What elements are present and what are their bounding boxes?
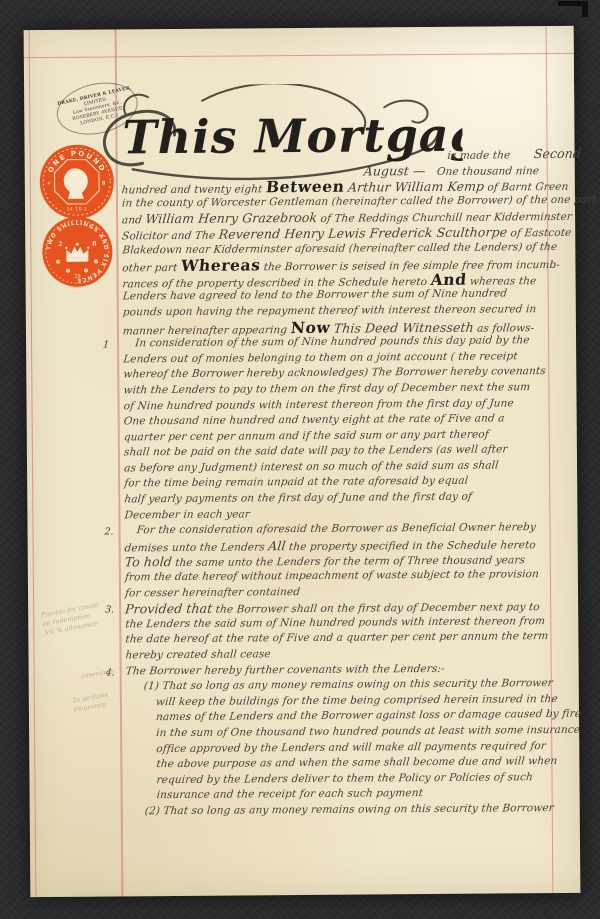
stamp-bottom-code: 28 [74, 274, 80, 280]
stamp-left-digit: 2 [58, 241, 62, 248]
pencil-margin-note: Proviso for cesseron redemption5¼ % allo… [40, 601, 103, 638]
document-line: August — One thousand nine [363, 162, 549, 179]
ruled-line-top [24, 53, 574, 58]
rosette-icon: ✽ [93, 259, 98, 266]
clause-number: 3. [104, 603, 115, 619]
stamp-right-digit: 8 [92, 241, 96, 248]
stamp-left-mark: ✦ [47, 181, 51, 187]
pencil-margin-note: To performinsurance [72, 691, 111, 715]
revenue-stamp-half-crown: TWO SHILLINGS AND SIX PENCE 2 8 28 ✽ ✽ ✽… [41, 215, 114, 288]
ruled-line-left-outer [29, 30, 37, 897]
clause-number: 2. [104, 525, 115, 541]
rosette-icon: ✽ [65, 268, 70, 275]
scan-background: { "page": { "background_color": "#2d2c2e… [0, 0, 600, 919]
document-line: (2) That so long as any money remains ow… [144, 801, 554, 820]
mortgage-deed-page: DRAKE, DRIVER & LEAVER,LIMITED.Law Stati… [24, 26, 581, 897]
stamp-die-code: 14 10 2 [67, 206, 88, 212]
document-text: is made the Second day ofAugust — One th… [122, 146, 553, 820]
rosette-icon: ✽ [83, 268, 88, 275]
document-line: is made the Second day of [447, 146, 549, 162]
rosette-icon: ✽ [55, 259, 60, 266]
photo-corner-mark [558, 1, 588, 17]
clause-number: 1 [102, 338, 110, 354]
margin-notes: Proviso for cesseron redemption5¼ % allo… [24, 26, 574, 30]
